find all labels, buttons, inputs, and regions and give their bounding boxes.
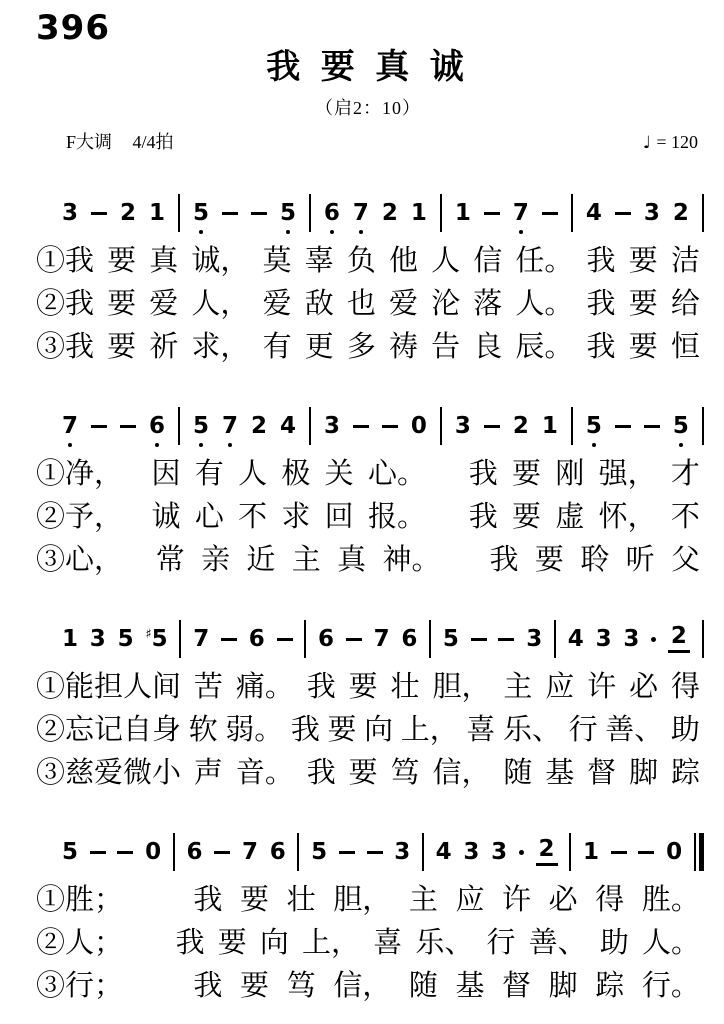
time-signature: 4/4拍 (133, 132, 174, 152)
note: 3 (455, 415, 471, 438)
lyric-cell: 近 (246, 539, 275, 582)
lyric-cell: 我 (469, 453, 498, 496)
rest-note: 0 (411, 415, 427, 438)
low-octave-dot (330, 230, 334, 234)
lyric-cell: 极 (281, 453, 310, 496)
lyric-cell: ②忘记自身 (36, 709, 181, 752)
barline (571, 194, 573, 232)
note: 7 (513, 202, 529, 225)
lyric-cell: ①胜； (36, 879, 123, 922)
duration-dash (644, 425, 660, 428)
lyric-cell: ②予， (36, 496, 123, 539)
note: 5 (193, 202, 209, 225)
key-tempo-row: F大调 4/4拍 ♩ = 120 (66, 128, 698, 154)
lyric-cell: 信 (473, 240, 502, 283)
lyric-cell: 许 (502, 879, 531, 922)
note: 3 (62, 202, 78, 225)
note: 3 (596, 628, 612, 651)
lyric-cell: 我 (587, 240, 616, 283)
lyric-cell: 行 (487, 922, 516, 965)
notation-line: 5067653433210 (62, 830, 704, 874)
notation-line: 135♯576676534332 (62, 617, 704, 661)
lyric-cell: 要 (349, 752, 378, 795)
music-system-2: 7657243032155 ①净，因有人极关心。我要刚强，才②予，诚心不求回报。… (36, 404, 700, 582)
duration-dash (90, 851, 106, 854)
augmentation-dot (519, 850, 524, 855)
notation-line: 32155672117432 (62, 191, 704, 235)
lyric-cell: 听 (626, 539, 655, 582)
note: 6 (187, 841, 203, 864)
lyric-cell: 人。 (515, 283, 573, 326)
lyric-cell: 基 (545, 752, 574, 795)
augmentation-dot (651, 637, 656, 642)
barline (440, 407, 442, 445)
lyric-cell: 洁 (671, 240, 700, 283)
lyric-cell: 爱 (263, 283, 292, 326)
tempo-value: = 120 (656, 132, 698, 152)
lyric-cell: 乐、 (415, 922, 473, 965)
lyric-line: ③心，常亲近主真神。我要聆听父 (36, 539, 700, 582)
lyrics-block: ①净，因有人极关心。我要刚强，才②予，诚心不求回报。我要虚怀，不③心，常亲近主真… (36, 453, 700, 582)
lyric-cell: ①我 (36, 240, 94, 283)
lyric-cell: 壮 (391, 666, 420, 709)
barline (297, 833, 299, 871)
low-octave-dot (68, 443, 72, 447)
lyric-cell: 壮 (287, 879, 316, 922)
lyric-cell: 良 (473, 326, 502, 369)
lyric-line: ③我要祈求，有更多祷告良辰。我要恒 (36, 326, 700, 369)
duration-dash (484, 425, 500, 428)
lyric-cell: 必 (549, 879, 578, 922)
note: 5 (443, 628, 459, 651)
lyric-cell: 人， (191, 283, 249, 326)
note: 3 (324, 415, 340, 438)
note: 6 (324, 202, 340, 225)
lyric-cell: 助 (671, 709, 700, 752)
lyric-cell: 诚 (152, 496, 181, 539)
lyric-cell: 基 (455, 965, 484, 1008)
lyric-cell: 笃 (391, 752, 420, 795)
note: 2 (382, 202, 398, 225)
lyric-cell: 胆， (432, 666, 490, 709)
lyric-cell: 督 (587, 752, 616, 795)
barline (178, 407, 180, 445)
lyric-cell: ①净， (36, 453, 123, 496)
lyric-cell: 有 (195, 453, 224, 496)
lyrics-block: ①胜；我要壮胆，主应许必得胜。②人；我要向上，喜乐、行善、助人。③行；我要笃信，… (36, 879, 700, 1008)
lyric-cell: 求 (281, 496, 310, 539)
duration-dash (615, 212, 631, 215)
note: 5 (311, 841, 327, 864)
lyric-cell: 真 (337, 539, 366, 582)
quarter-note-icon: ♩ (643, 133, 651, 153)
duration-dash (120, 425, 136, 428)
note: 2 (536, 838, 558, 866)
music-system-3: 135♯576676534332 ①能担人间苦痛。我要壮胆，主应许必得②忘记自身… (36, 617, 700, 795)
barline (569, 833, 571, 871)
lyric-cell: 任。 (515, 240, 573, 283)
lyric-cell: 更 (305, 326, 334, 369)
lyric-cell: ③我 (36, 326, 94, 369)
lyric-cell: 踪 (671, 752, 700, 795)
low-octave-dot (199, 443, 203, 447)
lyric-cell: 沦 (431, 283, 460, 326)
lyric-cell: 常 (156, 539, 185, 582)
lyric-cell: 要 (535, 539, 564, 582)
lyric-cell: 辰。 (515, 326, 573, 369)
lyric-cell: 也 (347, 283, 376, 326)
lyric-cell: 关 (325, 453, 354, 496)
lyric-cell: 笃 (287, 965, 316, 1008)
lyric-cell: 报。 (368, 496, 426, 539)
barline (422, 833, 424, 871)
note: 3 (491, 841, 507, 864)
lyric-cell: 爱 (149, 283, 178, 326)
lyric-cell: 因 (152, 453, 181, 496)
key-signature: F大调 (66, 132, 112, 152)
note: 2 (668, 625, 690, 653)
duration-dash (222, 212, 238, 215)
note: 1 (542, 415, 558, 438)
low-octave-dot (155, 443, 159, 447)
lyric-cell: 声 (194, 752, 223, 795)
barline (309, 194, 311, 232)
barline (702, 194, 704, 232)
note: 2 (673, 202, 689, 225)
lyric-cell: 主 (503, 666, 532, 709)
note: 7 (374, 628, 390, 651)
note: 5 (118, 628, 134, 651)
note: 4 (568, 628, 584, 651)
lyric-cell: 要 (107, 326, 136, 369)
lyric-cell: 向 (364, 709, 393, 752)
lyric-cell: 有 (263, 326, 292, 369)
lyric-line: ①胜；我要壮胆，主应许必得胜。 (36, 879, 700, 922)
note: 4 (586, 202, 602, 225)
lyric-cell: 踪 (595, 965, 624, 1008)
duration-dash (615, 425, 631, 428)
lyric-cell: 信， (333, 965, 391, 1008)
duration-dash (91, 425, 107, 428)
low-octave-dot (592, 443, 596, 447)
note: 6 (401, 628, 417, 651)
note: 5 (280, 202, 296, 225)
lyric-cell: 必 (629, 666, 658, 709)
duration-dash (339, 851, 355, 854)
lyric-cell: 要 (107, 283, 136, 326)
lyric-cell: 落 (473, 283, 502, 326)
lyric-cell: 软 (189, 709, 218, 752)
lyric-cell: 人。 (642, 922, 700, 965)
duration-dash (471, 638, 487, 641)
duration-dash (277, 638, 293, 641)
lyric-cell: 信， (432, 752, 490, 795)
lyric-cell: ①能担人间 (36, 666, 181, 709)
lyric-line: ②忘记自身软弱。我要向上，喜乐、行善、助 (36, 709, 700, 752)
lyric-cell: 人 (431, 240, 460, 283)
note: 3 (463, 841, 479, 864)
lyric-cell: 负 (347, 240, 376, 283)
barline (702, 620, 704, 658)
barline (702, 407, 704, 445)
lyric-cell: 要 (512, 453, 541, 496)
lyric-cell: 强， (599, 453, 657, 496)
key-time-group: F大调 4/4拍 (66, 128, 174, 154)
lyric-cell: 诚， (191, 240, 249, 283)
lyric-cell: 神。 (383, 539, 441, 582)
lyric-cell: 督 (502, 965, 531, 1008)
lyric-cell: 音。 (236, 752, 294, 795)
duration-dash (91, 212, 107, 215)
lyric-cell: 告 (431, 326, 460, 369)
barline (440, 194, 442, 232)
lyric-cell: 真 (149, 240, 178, 283)
lyric-cell: 要 (240, 879, 269, 922)
lyric-cell: 才 (671, 453, 700, 496)
sharp-icon: ♯ (145, 627, 151, 642)
lyric-cell: 行。 (642, 965, 700, 1008)
hymn-number: 396 (36, 10, 700, 46)
duration-dash (346, 638, 362, 641)
low-octave-dot (359, 230, 363, 234)
lyric-cell: 上， (401, 709, 459, 752)
note: 1 (583, 841, 599, 864)
barline (554, 620, 556, 658)
lyric-cell: 多 (347, 326, 376, 369)
lyric-cell: 要 (107, 240, 136, 283)
lyrics-block: ①我要真诚，莫辜负他人信任。我要洁②我要爱人，爱敌也爱沦落人。我要给③我要祈求，… (36, 240, 700, 369)
lyric-cell: ②人； (36, 922, 123, 965)
barline (173, 833, 175, 871)
note: 4 (436, 841, 452, 864)
lyric-cell: 心 (195, 496, 224, 539)
duration-dash (542, 212, 558, 215)
lyric-cell: 求， (191, 326, 249, 369)
scripture-reference: （启2：10） (36, 97, 700, 119)
lyric-cell: 我 (469, 496, 498, 539)
note: 7 (353, 202, 369, 225)
lyric-cell: ②我 (36, 283, 94, 326)
low-octave-dot (199, 230, 203, 234)
lyric-cell: 我 (307, 666, 336, 709)
lyric-line: ①能担人间苦痛。我要壮胆，主应许必得 (36, 666, 700, 709)
duration-dash (382, 425, 398, 428)
duration-dash (353, 425, 369, 428)
lyric-cell: 虚 (555, 496, 584, 539)
lyric-line: ③慈爱微小声音。我要笃信，随基督脚踪 (36, 752, 700, 795)
note: 1 (411, 202, 427, 225)
lyric-cell: 得 (595, 879, 624, 922)
lyric-line: ②人；我要向上，喜乐、行善、助人。 (36, 922, 700, 965)
lyric-cell: 辜 (305, 240, 334, 283)
lyric-line: ①我要真诚，莫辜负他人信任。我要洁 (36, 240, 700, 283)
lyric-cell: 主 (292, 539, 321, 582)
duration-dash (484, 212, 500, 215)
barline (309, 407, 311, 445)
lyric-cell: 我 (291, 709, 320, 752)
lyric-cell: 恒 (671, 326, 700, 369)
note: 6 (318, 628, 334, 651)
note: 4 (280, 415, 296, 438)
lyric-cell: 应 (455, 879, 484, 922)
lyric-cell: 行 (569, 709, 598, 752)
note: 5 (62, 841, 78, 864)
lyric-cell: 痛。 (236, 666, 294, 709)
lyric-line: ②我要爱人，爱敌也爱沦落人。我要给 (36, 283, 700, 326)
lyric-cell: 我 (193, 879, 222, 922)
tempo-marking: ♩ = 120 (643, 132, 698, 153)
low-octave-dot (679, 443, 683, 447)
note: 6 (249, 628, 265, 651)
lyric-line: ③行；我要笃信，随基督脚踪行。 (36, 965, 700, 1008)
note: 1 (455, 202, 471, 225)
low-octave-dot (519, 230, 523, 234)
lyric-cell: 要 (629, 326, 658, 369)
lyric-cell: 上， (302, 922, 360, 965)
lyric-line: ①净，因有人极关心。我要刚强，才 (36, 453, 700, 496)
duration-dash (498, 638, 514, 641)
lyric-cell: 敌 (305, 283, 334, 326)
lyric-cell: 要 (328, 709, 357, 752)
music-system-4: 5067653433210 ①胜；我要壮胆，主应许必得胜。②人；我要向上，喜乐、… (36, 830, 700, 1008)
lyric-cell: 不 (238, 496, 267, 539)
hymn-sheet-page: 396 我 要 真 诚 （启2：10） F大调 4/4拍 ♩ = 120 321… (0, 0, 724, 1024)
lyric-cell: 祈 (149, 326, 178, 369)
barline (178, 194, 180, 232)
barline (571, 407, 573, 445)
duration-dash (117, 851, 133, 854)
lyric-cell: 善、 (529, 922, 587, 965)
duration-dash (367, 851, 383, 854)
lyric-cell: 要 (512, 496, 541, 539)
lyric-cell: 聆 (580, 539, 609, 582)
lyric-cell: 胆， (333, 879, 391, 922)
duration-dash (214, 851, 230, 854)
lyric-cell: 我 (193, 965, 222, 1008)
lyric-cell: 要 (629, 240, 658, 283)
note: 3 (623, 628, 639, 651)
lyric-cell: 我 (307, 752, 336, 795)
lyric-cell: 我 (587, 326, 616, 369)
music-system-1: 32155672117432 ①我要真诚，莫辜负他人信任。我要洁②我要爱人，爱敌… (36, 191, 700, 369)
lyric-cell: 祷 (389, 326, 418, 369)
rest-note: 0 (145, 841, 161, 864)
lyric-cell: 回 (325, 496, 354, 539)
lyric-cell: 脚 (549, 965, 578, 1008)
lyric-cell: 主 (409, 879, 438, 922)
lyric-cell: 应 (545, 666, 574, 709)
note: 2 (120, 202, 136, 225)
note: 7 (62, 415, 78, 438)
lyric-cell: 爱 (389, 283, 418, 326)
note: 5 (586, 415, 602, 438)
lyric-cell: 要 (349, 666, 378, 709)
lyric-cell: 要 (629, 283, 658, 326)
lyric-cell: 脚 (629, 752, 658, 795)
note: 6 (270, 841, 286, 864)
notation-line: 7657243032155 (62, 404, 704, 448)
lyric-cell: 我 (490, 539, 519, 582)
note: 1 (62, 628, 78, 651)
lyric-cell: 喜 (373, 922, 402, 965)
rest-note: 0 (666, 841, 682, 864)
duration-dash (611, 851, 627, 854)
lyric-cell: 乐、 (503, 709, 561, 752)
duration-dash (221, 638, 237, 641)
lyric-cell: 心。 (368, 453, 426, 496)
lyric-cell: 向 (260, 922, 289, 965)
lyrics-block: ①能担人间苦痛。我要壮胆，主应许必得②忘记自身软弱。我要向上，喜乐、行善、助③慈… (36, 666, 700, 795)
lyric-cell: 他 (389, 240, 418, 283)
note: 6 (149, 415, 165, 438)
lyric-cell: 人 (238, 453, 267, 496)
lyric-cell: 要 (240, 965, 269, 1008)
lyric-cell: 随 (409, 965, 438, 1008)
barline (304, 620, 306, 658)
note: 5 (193, 415, 209, 438)
note: 3 (526, 628, 542, 651)
duration-dash (638, 851, 654, 854)
lyric-cell: 喜 (466, 709, 495, 752)
lyric-cell: 亲 (201, 539, 230, 582)
lyric-cell: 不 (671, 496, 700, 539)
note: 5 (673, 415, 689, 438)
note: 2 (513, 415, 529, 438)
lyric-cell: 莫 (263, 240, 292, 283)
note: ♯5 (145, 628, 167, 651)
note: 7 (242, 841, 258, 864)
lyric-cell: 要 (218, 922, 247, 965)
lyric-cell: ③慈爱微小 (36, 752, 181, 795)
final-barline (694, 833, 704, 871)
note: 1 (149, 202, 165, 225)
lyric-cell: 给 (671, 283, 700, 326)
lyric-cell: ③行； (36, 965, 123, 1008)
low-octave-dot (286, 230, 290, 234)
barline (429, 620, 431, 658)
lyric-cell: 怀， (599, 496, 657, 539)
note: 7 (193, 628, 209, 651)
lyric-cell: 弱。 (225, 709, 283, 752)
lyric-cell: 随 (503, 752, 532, 795)
note: 7 (222, 415, 238, 438)
note: 2 (251, 415, 267, 438)
song-title: 我 要 真 诚 (36, 48, 700, 88)
lyric-cell: 助 (600, 922, 629, 965)
lyric-cell: 苦 (194, 666, 223, 709)
lyric-cell: 善、 (605, 709, 663, 752)
low-octave-dot (228, 443, 232, 447)
lyric-cell: 我 (176, 922, 205, 965)
lyric-cell: 父 (671, 539, 700, 582)
barline (179, 620, 181, 658)
lyric-cell: 得 (671, 666, 700, 709)
lyric-line: ②予，诚心不求回报。我要虚怀，不 (36, 496, 700, 539)
lyric-cell: ③心， (36, 539, 123, 582)
note: 3 (644, 202, 660, 225)
lyric-cell: 胜。 (642, 879, 700, 922)
lyric-cell: 我 (587, 283, 616, 326)
duration-dash (251, 212, 267, 215)
lyric-cell: 刚 (555, 453, 584, 496)
lyric-cell: 许 (587, 666, 616, 709)
note: 3 (90, 628, 106, 651)
note: 3 (394, 841, 410, 864)
